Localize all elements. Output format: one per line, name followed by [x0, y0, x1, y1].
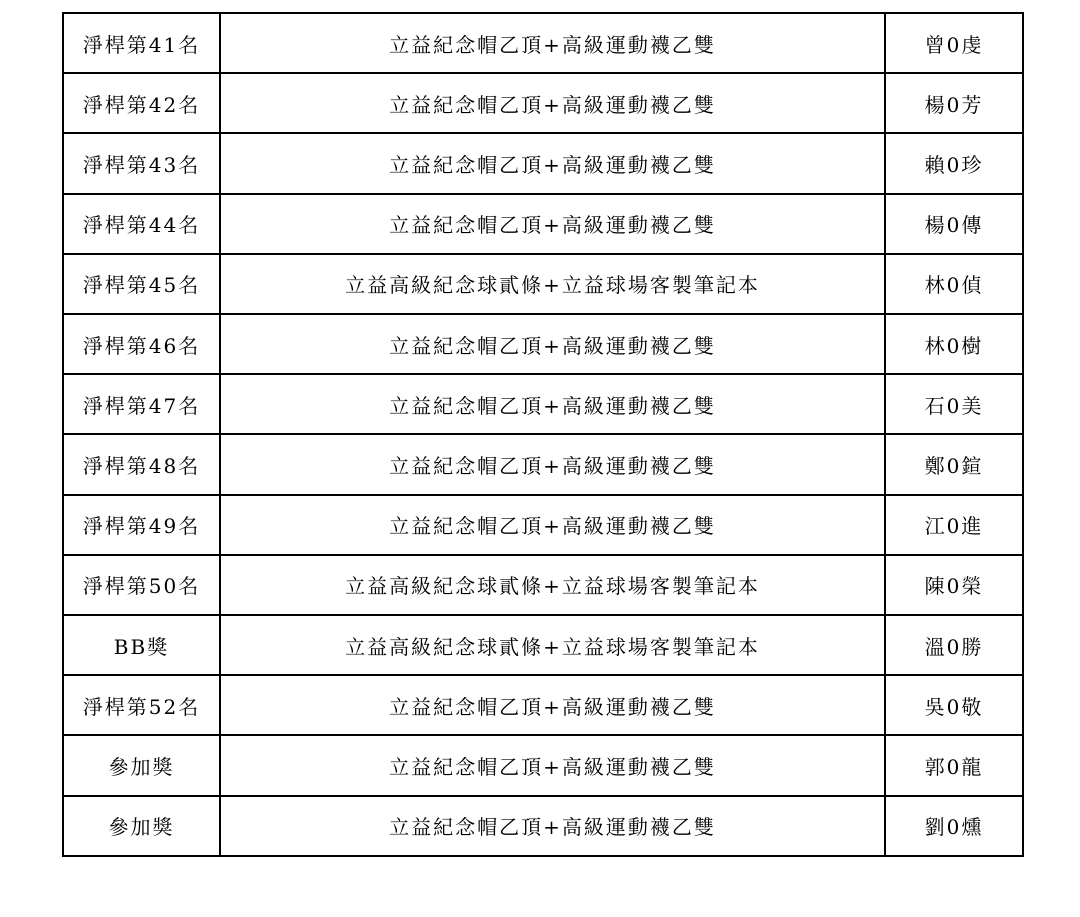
name-cell: 郭0龍: [885, 735, 1023, 795]
name-cell: 鄭0鍹: [885, 434, 1023, 494]
name-cell: 林0偵: [885, 254, 1023, 314]
table-row: 淨桿第45名 立益高級紀念球貳條+立益球場客製筆記本 林0偵: [63, 254, 1023, 314]
prize-cell: 立益紀念帽乙頂+高級運動襪乙雙: [220, 374, 885, 434]
name-cell: 陳0榮: [885, 555, 1023, 615]
prize-cell: 立益紀念帽乙頂+高級運動襪乙雙: [220, 495, 885, 555]
rank-cell: 淨桿第42名: [63, 73, 220, 133]
table-row: 淨桿第47名 立益紀念帽乙頂+高級運動襪乙雙 石0美: [63, 374, 1023, 434]
rank-cell: 淨桿第52名: [63, 675, 220, 735]
prize-table: 淨桿第41名 立益紀念帽乙頂+高級運動襪乙雙 曾0虔 淨桿第42名 立益紀念帽乙…: [62, 12, 1024, 857]
name-cell: 劉0燻: [885, 796, 1023, 856]
table-row: 淨桿第50名 立益高級紀念球貳條+立益球場客製筆記本 陳0榮: [63, 555, 1023, 615]
table-row: 淨桿第48名 立益紀念帽乙頂+高級運動襪乙雙 鄭0鍹: [63, 434, 1023, 494]
table-row: 淨桿第42名 立益紀念帽乙頂+高級運動襪乙雙 楊0芳: [63, 73, 1023, 133]
table-row: 淨桿第49名 立益紀念帽乙頂+高級運動襪乙雙 江0進: [63, 495, 1023, 555]
prize-cell: 立益紀念帽乙頂+高級運動襪乙雙: [220, 194, 885, 254]
prize-cell: 立益紀念帽乙頂+高級運動襪乙雙: [220, 796, 885, 856]
table-row: 淨桿第41名 立益紀念帽乙頂+高級運動襪乙雙 曾0虔: [63, 13, 1023, 73]
document-page: 淨桿第41名 立益紀念帽乙頂+高級運動襪乙雙 曾0虔 淨桿第42名 立益紀念帽乙…: [0, 0, 1080, 917]
rank-cell: 淨桿第41名: [63, 13, 220, 73]
name-cell: 溫0勝: [885, 615, 1023, 675]
name-cell: 曾0虔: [885, 13, 1023, 73]
table-row: 淨桿第43名 立益紀念帽乙頂+高級運動襪乙雙 賴0珍: [63, 133, 1023, 193]
name-cell: 林0樹: [885, 314, 1023, 374]
name-cell: 賴0珍: [885, 133, 1023, 193]
rank-cell: 淨桿第50名: [63, 555, 220, 615]
name-cell: 江0進: [885, 495, 1023, 555]
prize-cell: 立益紀念帽乙頂+高級運動襪乙雙: [220, 73, 885, 133]
prize-cell: 立益紀念帽乙頂+高級運動襪乙雙: [220, 675, 885, 735]
prize-cell: 立益高級紀念球貳條+立益球場客製筆記本: [220, 615, 885, 675]
rank-cell: 淨桿第43名: [63, 133, 220, 193]
prize-cell: 立益紀念帽乙頂+高級運動襪乙雙: [220, 434, 885, 494]
name-cell: 楊0芳: [885, 73, 1023, 133]
name-cell: 楊0傳: [885, 194, 1023, 254]
table-row: 參加獎 立益紀念帽乙頂+高級運動襪乙雙 劉0燻: [63, 796, 1023, 856]
rank-cell: 淨桿第47名: [63, 374, 220, 434]
name-cell: 吳0敬: [885, 675, 1023, 735]
table-row: 淨桿第44名 立益紀念帽乙頂+高級運動襪乙雙 楊0傳: [63, 194, 1023, 254]
rank-cell: BB獎: [63, 615, 220, 675]
prize-cell: 立益高級紀念球貳條+立益球場客製筆記本: [220, 555, 885, 615]
rank-cell: 淨桿第48名: [63, 434, 220, 494]
table-row: 淨桿第46名 立益紀念帽乙頂+高級運動襪乙雙 林0樹: [63, 314, 1023, 374]
rank-cell: 參加獎: [63, 796, 220, 856]
rank-cell: 淨桿第49名: [63, 495, 220, 555]
rank-cell: 淨桿第45名: [63, 254, 220, 314]
rank-cell: 參加獎: [63, 735, 220, 795]
prize-cell: 立益高級紀念球貳條+立益球場客製筆記本: [220, 254, 885, 314]
rank-cell: 淨桿第46名: [63, 314, 220, 374]
prize-cell: 立益紀念帽乙頂+高級運動襪乙雙: [220, 735, 885, 795]
name-cell: 石0美: [885, 374, 1023, 434]
table-row: 淨桿第52名 立益紀念帽乙頂+高級運動襪乙雙 吳0敬: [63, 675, 1023, 735]
prize-cell: 立益紀念帽乙頂+高級運動襪乙雙: [220, 133, 885, 193]
rank-cell: 淨桿第44名: [63, 194, 220, 254]
prize-cell: 立益紀念帽乙頂+高級運動襪乙雙: [220, 13, 885, 73]
table-row: BB獎 立益高級紀念球貳條+立益球場客製筆記本 溫0勝: [63, 615, 1023, 675]
table-row: 參加獎 立益紀念帽乙頂+高級運動襪乙雙 郭0龍: [63, 735, 1023, 795]
prize-cell: 立益紀念帽乙頂+高級運動襪乙雙: [220, 314, 885, 374]
